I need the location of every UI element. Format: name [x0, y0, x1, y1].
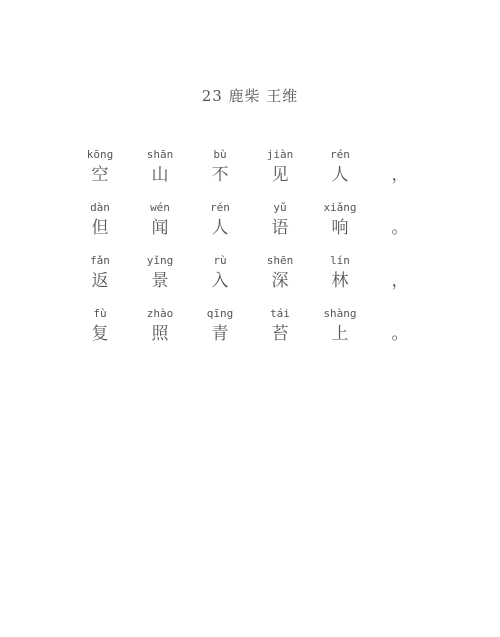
pinyin-syllable: qīng [190, 305, 250, 322]
hanzi-character: 入 [190, 269, 250, 305]
punctuation-mark: ， [370, 269, 430, 305]
hanzi-row: 返 景 入 深 林 ， [70, 269, 442, 305]
poem-line-4: fù zhào qīng tái shàng 复 照 青 苔 上 。 [70, 305, 442, 358]
hanzi-character: 苔 [250, 322, 310, 358]
hanzi-character: 闻 [130, 216, 190, 252]
hanzi-character: 人 [190, 216, 250, 252]
hanzi-character: 不 [190, 163, 250, 199]
pinyin-syllable: fù [70, 305, 130, 322]
hanzi-character: 林 [310, 269, 370, 305]
pinyin-syllable: dàn [70, 199, 130, 216]
pinyin-syllable: jiàn [250, 146, 310, 163]
poem-line-1: kōng shān bù jiàn rén 空 山 不 见 人 ， [70, 146, 442, 199]
pinyin-syllable: yǔ [250, 199, 310, 216]
hanzi-row: 但 闻 人 语 响 。 [70, 216, 442, 252]
pinyin-syllable: rén [190, 199, 250, 216]
hanzi-character: 响 [310, 216, 370, 252]
poem-line-2: dàn wén rén yǔ xiǎng 但 闻 人 语 响 。 [70, 199, 442, 252]
punctuation-mark: 。 [370, 216, 430, 252]
hanzi-character: 返 [70, 269, 130, 305]
hanzi-character: 深 [250, 269, 310, 305]
pinyin-syllable: tái [250, 305, 310, 322]
hanzi-character: 景 [130, 269, 190, 305]
pinyin-syllable: shēn [250, 252, 310, 269]
poem-title: 23 鹿柴 王维 [0, 86, 500, 106]
hanzi-character: 照 [130, 322, 190, 358]
pinyin-row: fǎn yǐng rù shēn lín [70, 252, 442, 269]
pinyin-syllable: rén [310, 146, 370, 163]
poem-line-3: fǎn yǐng rù shēn lín 返 景 入 深 林 ， [70, 252, 442, 305]
pinyin-syllable: shān [130, 146, 190, 163]
hanzi-character: 人 [310, 163, 370, 199]
pinyin-syllable: wén [130, 199, 190, 216]
pinyin-syllable: kōng [70, 146, 130, 163]
pinyin-row: dàn wén rén yǔ xiǎng [70, 199, 442, 216]
punctuation-mark: 。 [370, 322, 430, 358]
hanzi-row: 复 照 青 苔 上 。 [70, 322, 442, 358]
hanzi-character: 山 [130, 163, 190, 199]
pinyin-syllable: fǎn [70, 252, 130, 269]
pinyin-syllable: shàng [310, 305, 370, 322]
pinyin-syllable: lín [310, 252, 370, 269]
pinyin-row: kōng shān bù jiàn rén [70, 146, 442, 163]
hanzi-character: 语 [250, 216, 310, 252]
hanzi-character: 上 [310, 322, 370, 358]
pinyin-syllable: rù [190, 252, 250, 269]
worksheet-page: 23 鹿柴 王维 kōng shān bù jiàn rén 空 山 不 见 人… [0, 0, 500, 637]
pinyin-syllable: yǐng [130, 252, 190, 269]
poem-body: kōng shān bù jiàn rén 空 山 不 见 人 ， dàn wé… [70, 146, 442, 358]
hanzi-row: 空 山 不 见 人 ， [70, 163, 442, 199]
hanzi-character: 青 [190, 322, 250, 358]
hanzi-character: 复 [70, 322, 130, 358]
pinyin-syllable: xiǎng [310, 199, 370, 216]
pinyin-syllable: bù [190, 146, 250, 163]
pinyin-row: fù zhào qīng tái shàng [70, 305, 442, 322]
pinyin-syllable: zhào [130, 305, 190, 322]
punctuation-mark: ， [370, 163, 430, 199]
hanzi-character: 但 [70, 216, 130, 252]
hanzi-character: 见 [250, 163, 310, 199]
hanzi-character: 空 [70, 163, 130, 199]
